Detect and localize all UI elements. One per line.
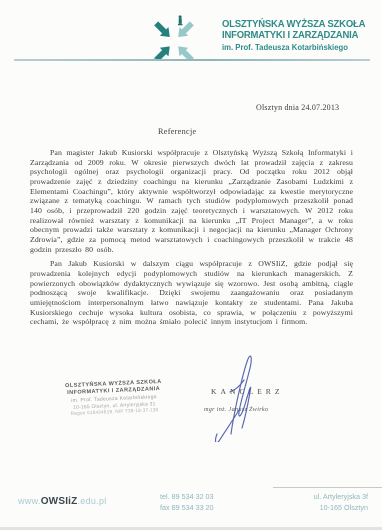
website-suffix: .edu.pl [77,496,106,506]
dateline: Olsztyn dnia 24.07.2013 [256,103,339,112]
website-prefix: www. [18,496,41,506]
website-url: www.OWSIiZ.edu.pl [18,496,107,507]
address-street: ul. Artyleryjska 3f [314,491,368,502]
footer-address: ul. Artyleryjska 3f 10-165 Olsztyn [314,491,368,513]
address-city: 10-165 Olsztyn [314,502,368,513]
letter-body: Pan magister Jakub Kusiorski współpracuj… [30,148,353,332]
website-brand: OWSIiZ [41,496,78,507]
paragraph-2: Pan Jakub Kusiorski w dalszym ciągu wspó… [30,259,353,327]
school-logo-icon [149,14,199,61]
school-name-line1: OLSZTYŃSKA WYŻSZA SZKOŁA [222,19,371,30]
school-name-line2: INFORMATYKI I ZARZĄDZANIA [222,30,371,41]
school-name: OLSZTYŃSKA WYŻSZA SZKOŁA INFORMATYKI I Z… [222,19,371,52]
document-page: OLSZTYŃSKA WYŻSZA SZKOŁA INFORMATYKI I Z… [0,0,382,530]
header-divider [14,59,370,61]
phone-fax: fax 89 534 33 20 [160,502,214,513]
document-title: Referencje [158,127,196,136]
footer: www.OWSIiZ.edu.pl tel. 89 534 32 03 fax … [0,488,382,518]
statue-figure-icon [178,15,182,25]
footer-phones: tel. 89 534 32 03 fax 89 534 33 20 [160,491,214,513]
letterhead: OLSZTYŃSKA WYŻSZA SZKOŁA INFORMATYKI I Z… [0,0,382,66]
phone-tel: tel. 89 534 32 03 [160,491,214,502]
handwritten-signature-icon [200,350,280,442]
institution-stamp: OLSZTYŃSKA WYŻSZA SZKOŁA INFORMATYKI I Z… [55,378,172,418]
paragraph-1: Pan magister Jakub Kusiorski współpracuj… [30,148,353,254]
school-name-line3: im. Prof. Tadeusza Kotarbińskiego [222,43,371,52]
